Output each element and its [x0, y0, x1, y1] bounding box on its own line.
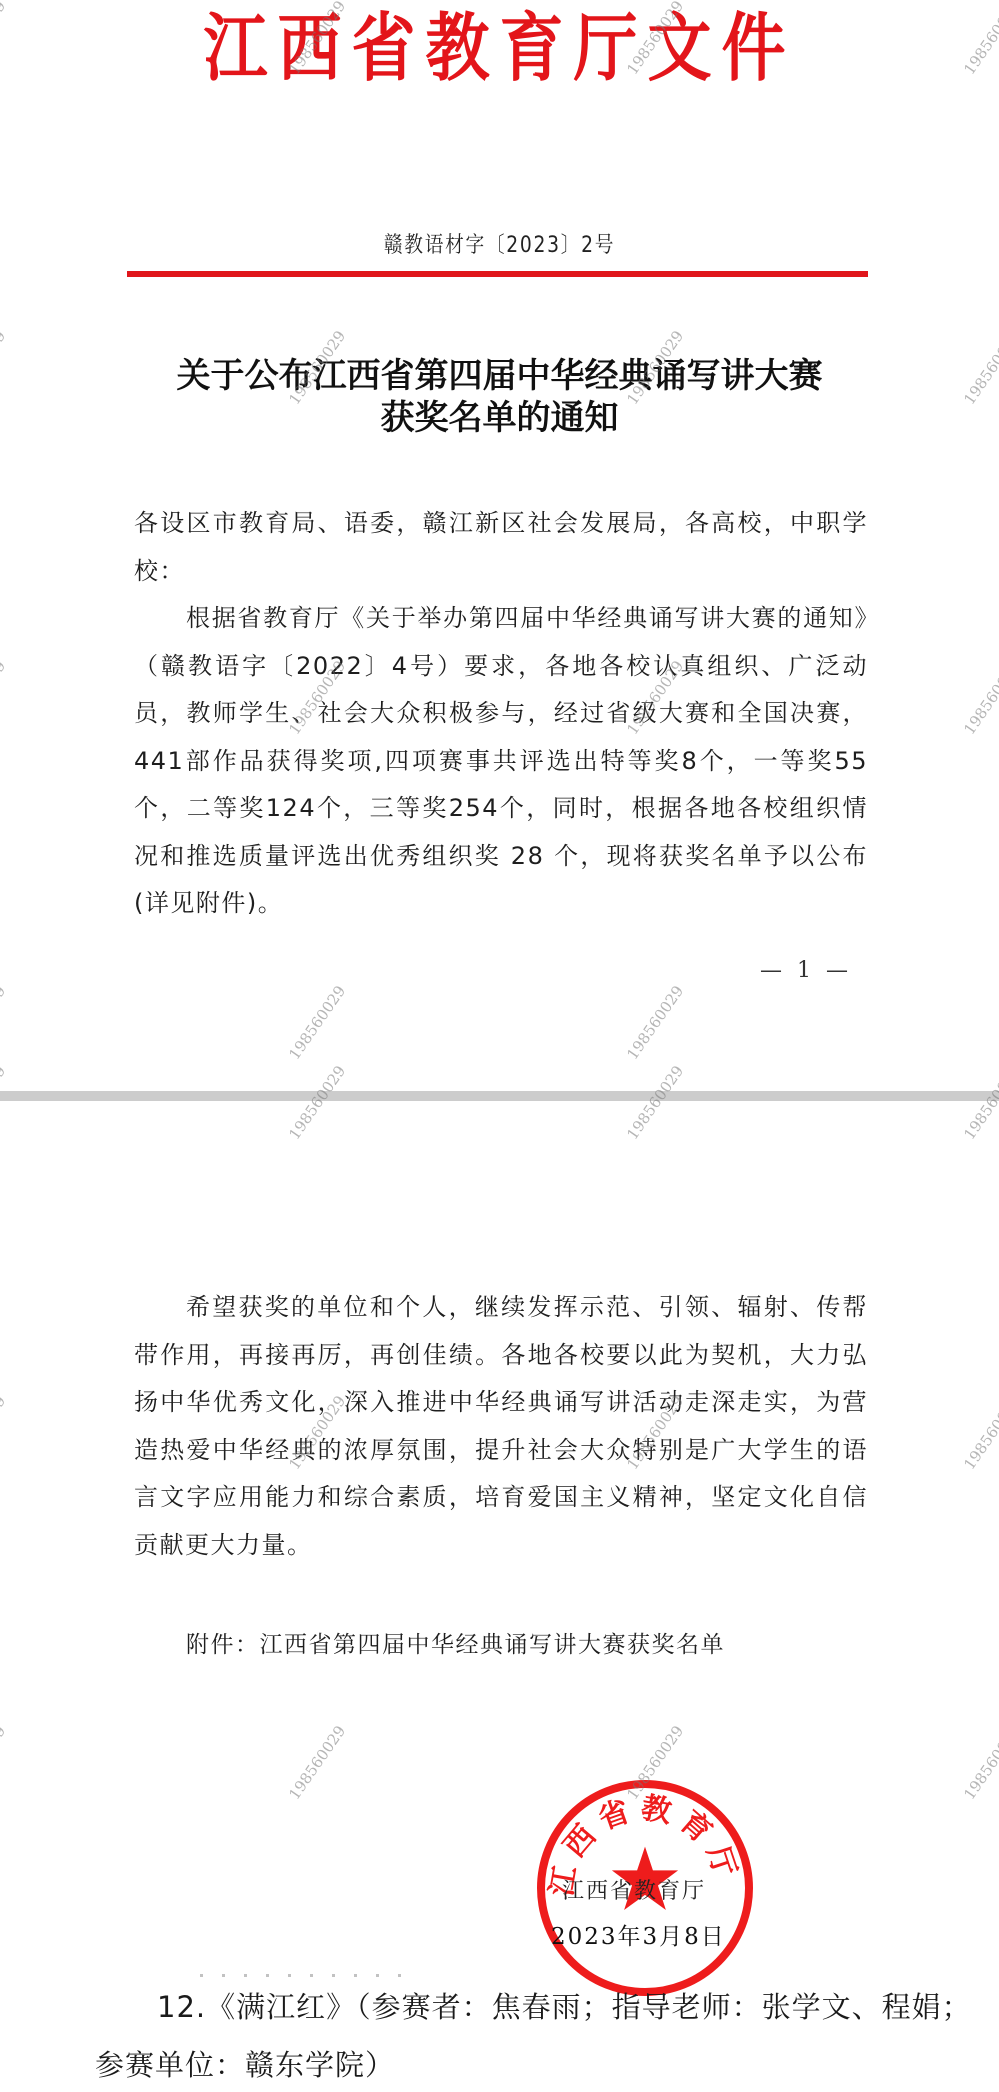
notice-title-line-2: 获奖名单的通知 — [0, 397, 999, 439]
signature-date: 2023年3月8日 — [551, 1918, 726, 1951]
attachment-note: 附件：江西省第四届中华经典诵写讲大赛获奖名单 — [186, 1626, 725, 1659]
addressee: 各设区市教育局、语委，赣江新区社会发展局，各高校，中职学校： — [134, 500, 868, 595]
document-page-1: 江西省教育厅文件 赣教语材字〔2023〕2号 关于公布江西省第四届中华经典诵写讲… — [0, 0, 999, 1091]
award-entry-line-2: 参赛单位：赣东学院） — [95, 2036, 975, 2092]
award-entry-12: 12.《满江红》（参赛者：焦春雨；指导老师：张学文、程娟； 参赛单位：赣东学院） — [95, 1978, 975, 2092]
masthead-title: 江西省教育厅文件 — [0, 8, 999, 91]
notice-body: 各设区市教育局、语委，赣江新区社会发展局，各高校，中职学校： 根据省教育厅《关于… — [134, 500, 868, 928]
document-page-2 — [0, 1101, 999, 2092]
paragraph-encouragement: 希望获奖的单位和个人，继续发挥示范、引领、辐射、传帮带作用，再接再厉，再创佳绩。… — [134, 1284, 868, 1569]
red-divider-rule — [127, 271, 868, 277]
award-entry-line-1: 12.《满江红》（参赛者：焦春雨；指导老师：张学文、程娟； — [95, 1978, 975, 2036]
notice-title-line-1: 关于公布江西省第四届中华经典诵写讲大赛 — [0, 355, 999, 397]
page-separator — [0, 1091, 999, 1101]
closing-body: 希望获奖的单位和个人，继续发挥示范、引领、辐射、传帮带作用，再接再厉，再创佳绩。… — [134, 1284, 868, 1569]
paragraph-award-summary: 根据省教育厅《关于举办第四届中华经典诵写讲大赛的通知》（赣教语字〔2022〕4号… — [134, 595, 868, 928]
page-number: — 1 — — [760, 958, 852, 983]
document-number: 赣教语材字〔2023〕2号 — [75, 228, 924, 259]
signature-organization: 江西省教育厅 — [562, 1874, 706, 1905]
clipped-text-fragment — [200, 1974, 420, 1977]
